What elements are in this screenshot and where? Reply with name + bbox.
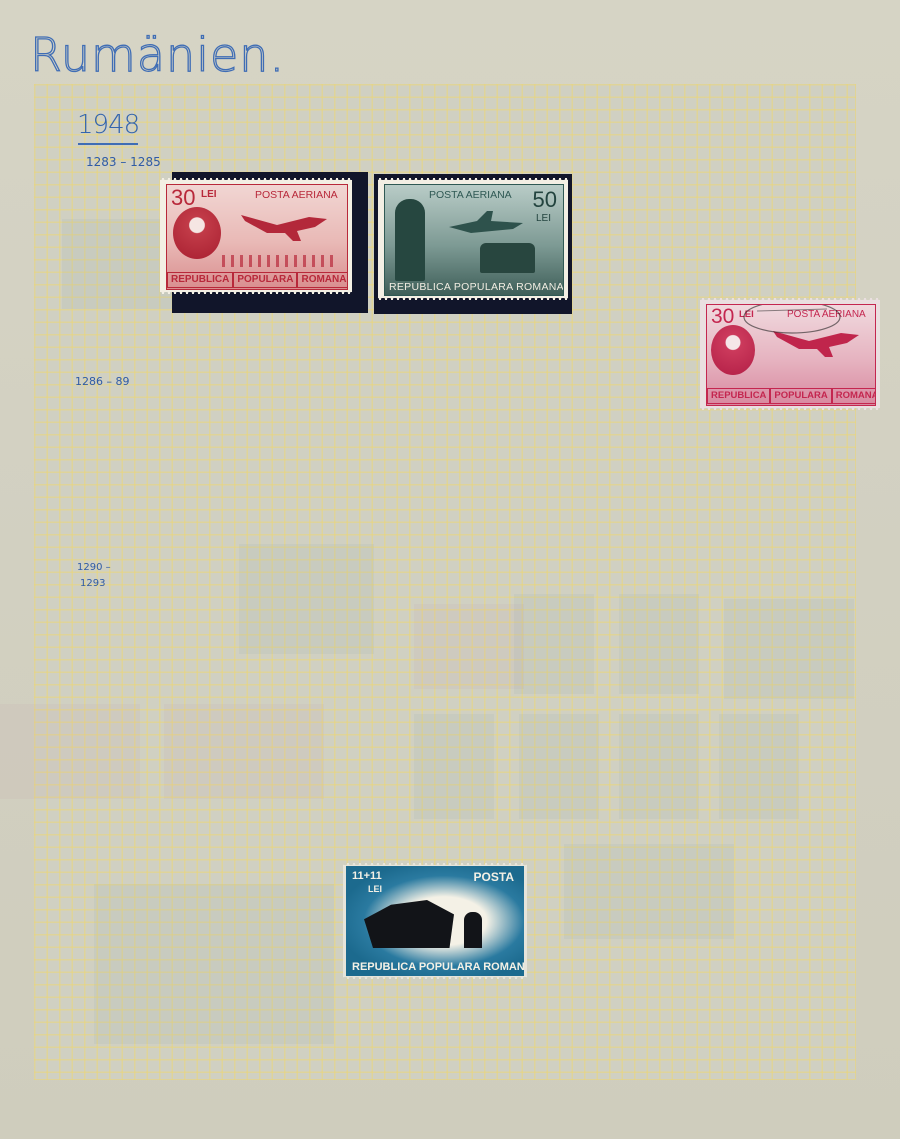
caption: POSTA bbox=[474, 870, 514, 884]
caption: POSTA AERIANA bbox=[255, 189, 338, 201]
catalog-note: 1286 – 89 bbox=[75, 375, 129, 388]
denomination: 11+11 bbox=[352, 870, 382, 882]
tractor-icon bbox=[480, 243, 535, 273]
ghost-imprint bbox=[724, 599, 854, 699]
ghost-imprint bbox=[0, 704, 140, 799]
denomination: 50 bbox=[533, 187, 557, 213]
legend-cell: ROMANA bbox=[832, 388, 876, 404]
catalog-note: 1290 – bbox=[77, 562, 111, 573]
stamp-design: POSTA AERIANA 50 LEI REPUBLICA POPULARA … bbox=[384, 184, 564, 296]
stamp-30-lei-used[interactable]: 30 LEI POSTA AERIANA REPUBLICA POPULARA … bbox=[700, 298, 880, 410]
coat-of-arms-icon bbox=[173, 207, 221, 259]
figure-icon bbox=[464, 912, 482, 948]
ghost-imprint bbox=[94, 884, 334, 1044]
ghost-imprint bbox=[239, 544, 374, 654]
currency: LEI bbox=[201, 189, 217, 200]
legend-cell: POPULARA bbox=[770, 388, 831, 404]
stamp-11-11-lei-used[interactable]: 11+11 LEI POSTA REPUBLICA POPULARA ROMAN… bbox=[343, 863, 527, 979]
ghost-imprint bbox=[564, 844, 734, 939]
factory-skyline-icon bbox=[222, 255, 339, 267]
legend-cell: POPULARA bbox=[233, 272, 297, 288]
year-underline bbox=[78, 143, 138, 145]
album-page: Rumänien. 1948 1283 – 1285 1286 – 89 129… bbox=[0, 0, 900, 1139]
ghost-imprint bbox=[164, 704, 324, 799]
country-title: Rumänien. bbox=[30, 28, 285, 82]
year-heading: 1948 bbox=[77, 110, 139, 140]
ghost-imprint bbox=[719, 714, 799, 819]
stamp-design: 30 LEI POSTA AERIANA REPUBLICA POPULARA … bbox=[706, 304, 876, 406]
airplane-icon bbox=[237, 207, 332, 247]
stamp-legend: REPUBLICA POPULARA ROMANA bbox=[167, 271, 347, 289]
legend-cell: ROMANA bbox=[297, 272, 348, 288]
stamp-design: 11+11 LEI POSTA REPUBLICA POPULARA ROMAN… bbox=[346, 866, 524, 976]
ghost-imprint bbox=[414, 714, 494, 819]
ghost-imprint bbox=[514, 594, 594, 694]
airplane-icon bbox=[447, 205, 527, 235]
currency: LEI bbox=[536, 213, 551, 224]
catalog-note: 1283 – 1285 bbox=[86, 155, 161, 169]
ghost-imprint bbox=[414, 604, 524, 689]
legend-cell: REPUBLICA bbox=[707, 388, 770, 404]
worker-figure-icon bbox=[395, 199, 425, 281]
ghost-imprint bbox=[62, 219, 172, 309]
ghost-imprint bbox=[619, 714, 699, 819]
caption: POSTA AERIANA bbox=[429, 189, 512, 201]
postmark-cancellation-icon bbox=[737, 304, 847, 339]
legend-cell: REPUBLICA bbox=[167, 272, 233, 288]
stamp-legend: REPUBLICA POPULARA ROMANA bbox=[352, 961, 524, 973]
stamp-design: 30 LEI POSTA AERIANA REPUBLICA POPULARA … bbox=[166, 184, 348, 290]
stamp-legend: REPUBLICA POPULARA ROMANA bbox=[389, 281, 564, 293]
stamp-50-lei-mint[interactable]: POSTA AERIANA 50 LEI REPUBLICA POPULARA … bbox=[378, 178, 568, 300]
ghost-imprint bbox=[619, 594, 699, 694]
catalog-note: 1293 bbox=[80, 578, 105, 589]
currency: LEI bbox=[368, 884, 382, 894]
ghost-imprint bbox=[519, 714, 599, 819]
stamp-30-lei-mint[interactable]: 30 LEI POSTA AERIANA REPUBLICA POPULARA … bbox=[160, 178, 352, 294]
airplane-ground-crew-icon bbox=[364, 900, 454, 948]
stamp-legend: REPUBLICA POPULARA ROMANA bbox=[707, 387, 875, 405]
